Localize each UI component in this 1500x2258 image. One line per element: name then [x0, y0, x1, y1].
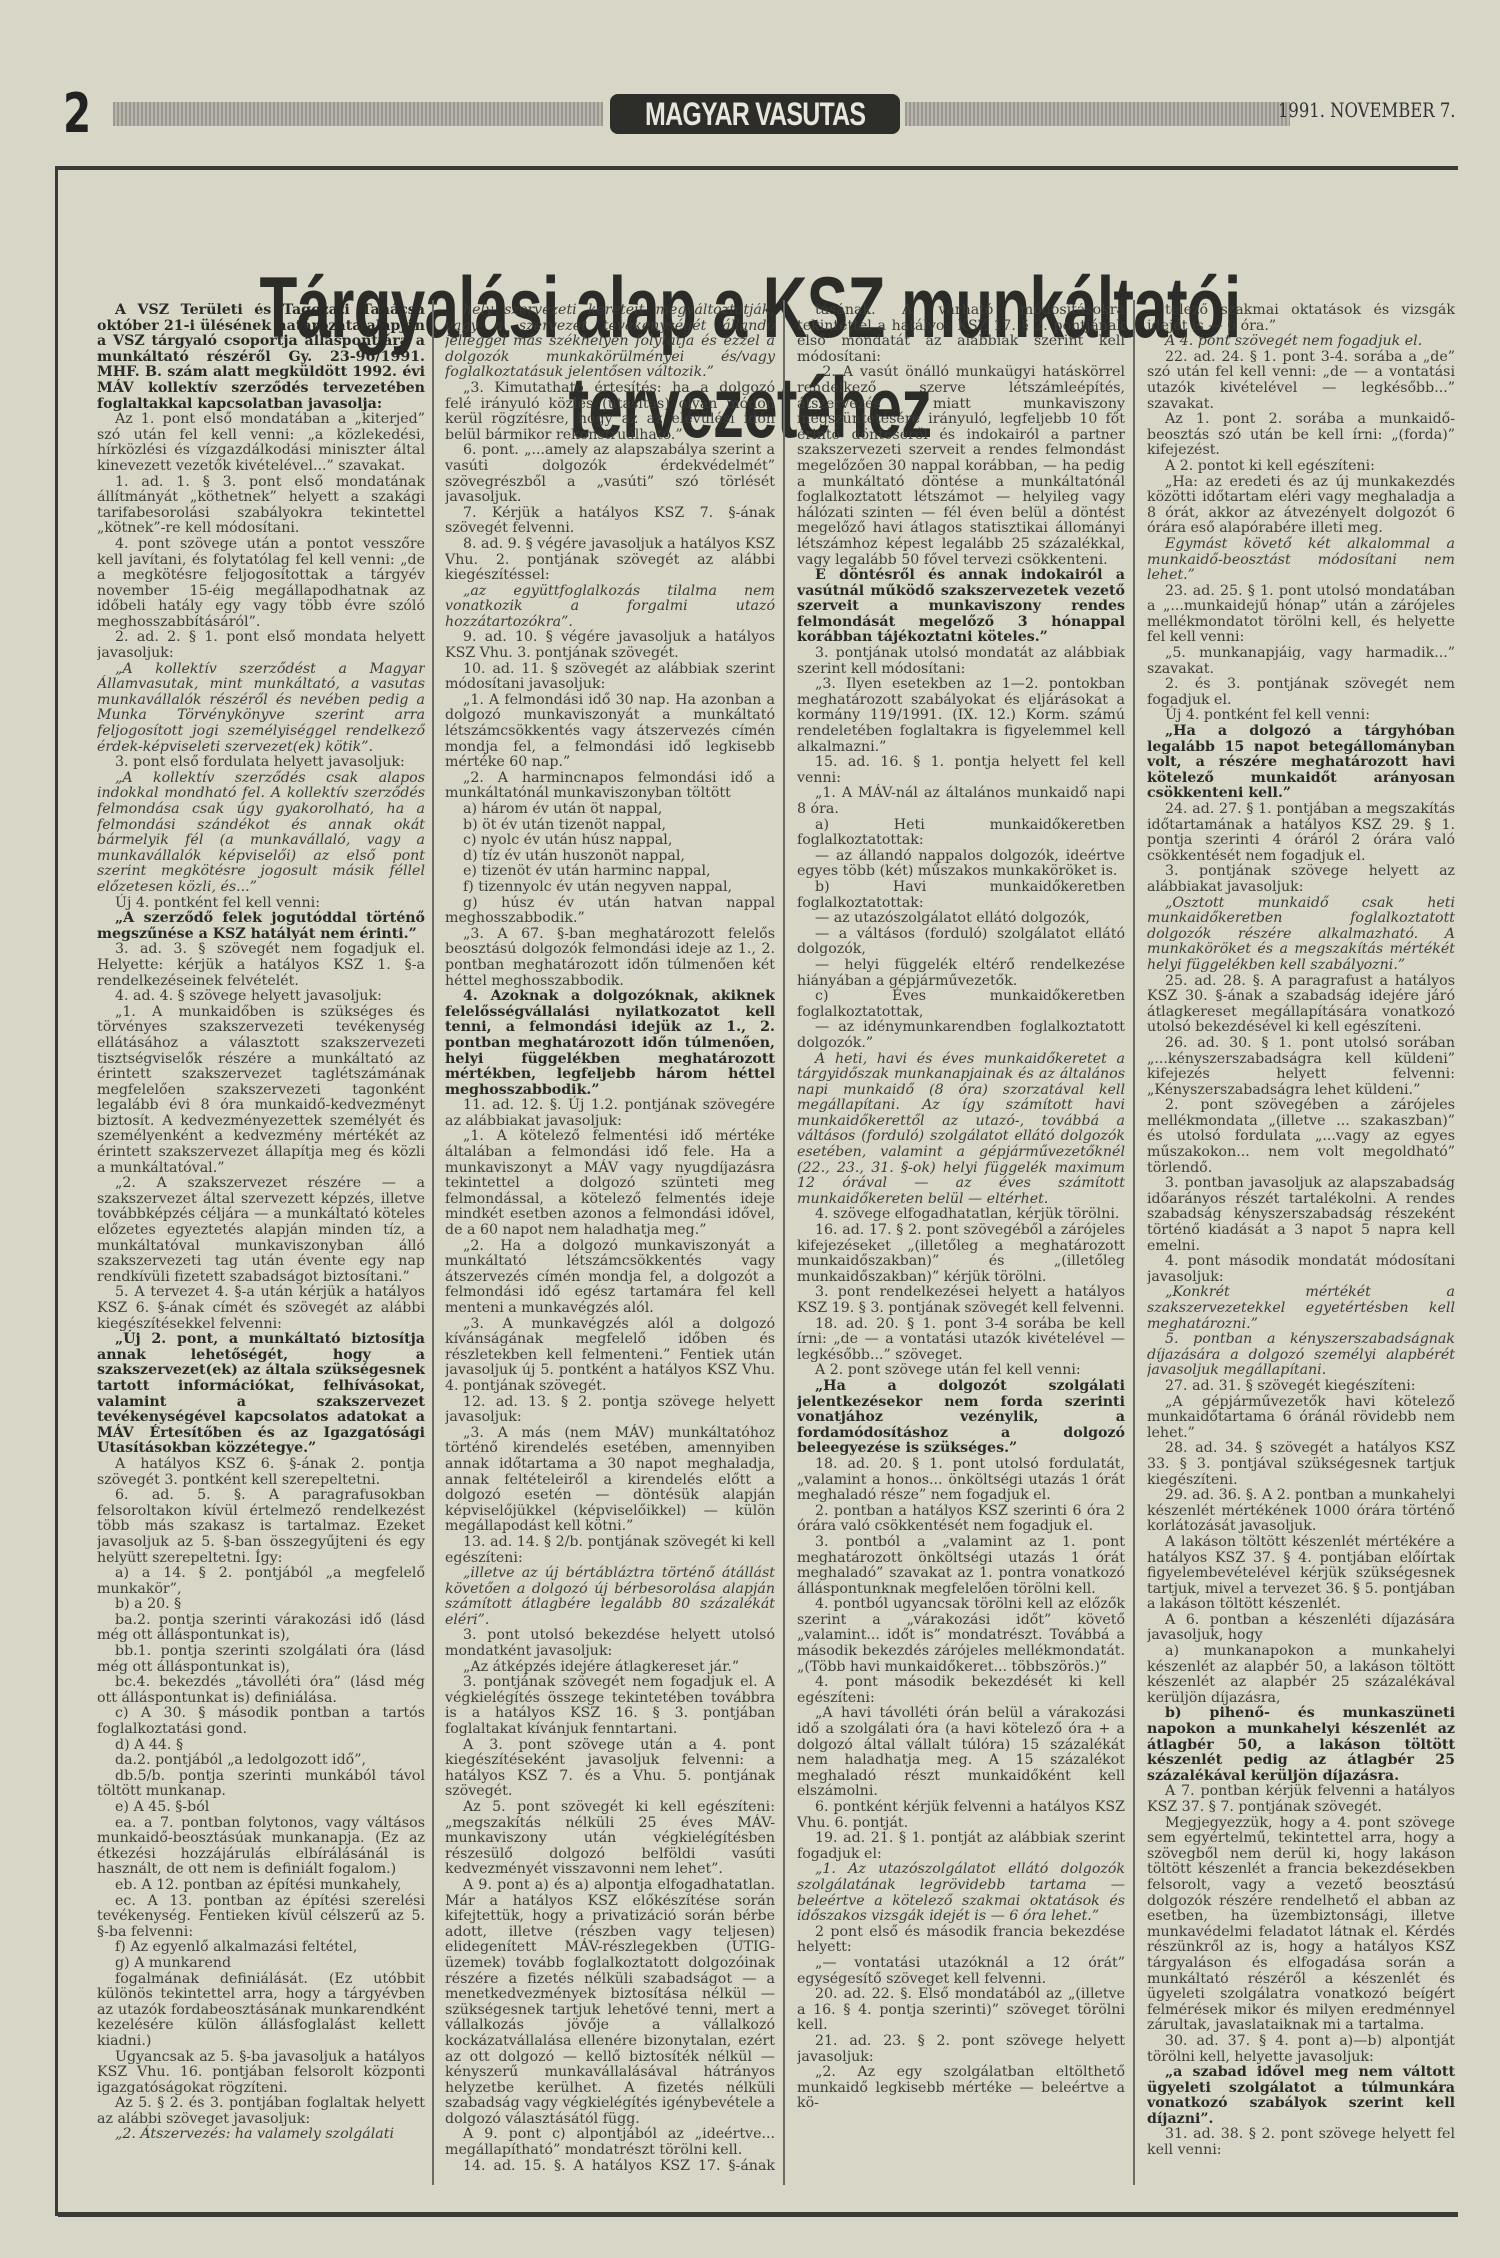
article-paragraph: 3. pontjának szövege helyett az alábbiak…: [1147, 864, 1455, 895]
article-paragraph: „1. A MÁV-nál az általános munkaidő napi…: [797, 786, 1125, 817]
article-top-rule: [58, 166, 1458, 170]
article-paragraph: „illetve az új bértábláztra történő átál…: [445, 1566, 775, 1628]
article-paragraph: telező szakmai oktatások és vizsgák idej…: [1147, 303, 1455, 334]
article-paragraph: „— vontatási utazóknál a 12 órát” egység…: [797, 1956, 1125, 1987]
article-paragraph: 31. ad. 38. § 2. pont szövege helyett fe…: [1147, 2127, 1455, 2158]
article-paragraph: d) A 44. §: [97, 1738, 425, 1754]
article-paragraph: A heti, havi és éves munkaidőkeretet a t…: [797, 1052, 1125, 1208]
article-paragraph: 3. pontban javasoljuk az alapszabadság i…: [1147, 1176, 1455, 1254]
article-paragraph: 8. ad. 9. § végére javasoljuk a hatályos…: [445, 537, 775, 584]
article-paragraph: hely szervezeti kereteit megváltoztatják…: [445, 303, 775, 381]
article-paragraph: 28. ad. 34. § szövegét a hatályos KSZ 33…: [1147, 1441, 1455, 1488]
article-paragraph: „Ha a dolgozó a tárgyhóban legalább 15 n…: [1147, 724, 1455, 802]
article-paragraph: „3. A más (nem MÁV) munkáltatóhoz történ…: [445, 1426, 775, 1535]
article-paragraph: b) Havi munkaidőkeretben foglalkoztatott…: [797, 880, 1125, 911]
article-paragraph: g) A munkarend: [97, 1956, 425, 1972]
article-paragraph: — helyi függelék eltérő rendelkezése hiá…: [797, 958, 1125, 989]
article-paragraph: „Konkrét mértékét a szakszervezetekkel e…: [1147, 1285, 1455, 1332]
article-paragraph: 30. ad. 37. § 4. pont a)—b) alpontját tö…: [1147, 2034, 1455, 2065]
article-paragraph: c) nyolc év után húsz nappal,: [445, 833, 775, 849]
article-paragraph: fogalmának definiálását. (Ez utóbbit kül…: [97, 1972, 425, 2050]
article-paragraph: 18. ad. 20. § 1. pont 3-4 sorába be kell…: [797, 1317, 1125, 1364]
article-paragraph: A lakáson töltött készenlét mértékére a …: [1147, 1535, 1455, 1613]
article-paragraph: 3. pont első fordulata helyett javasolju…: [97, 755, 425, 771]
article-paragraph: „2. Átszervezés: ha valamely szolgálati: [97, 2127, 425, 2143]
article-paragraph: „Új 2. pont, a munkáltató biztosítja ann…: [97, 1332, 425, 1457]
article-paragraph: „1. A felmondási idő 30 nap. Ha azonban …: [445, 693, 775, 771]
article-paragraph: f) tizennyolc év után negyven nappal,: [445, 880, 775, 896]
article-paragraph: 2. pont szövegében a zárójeles mellékmon…: [1147, 1098, 1455, 1176]
article-paragraph: 2. ad. 2. § 1. pont első mondata helyett…: [97, 630, 425, 661]
article-paragraph: 2 pont első és második francia bekezdése…: [797, 1925, 1125, 1956]
article-paragraph: a) a 14. § 2. pontjából „a megfelelő mun…: [97, 1566, 425, 1597]
article-paragraph: 19. ad. 21. § 1. pontját az alábbiak sze…: [797, 1831, 1125, 1862]
article-paragraph: Egymást követő két alkalommal a munkaidő…: [1147, 537, 1455, 584]
article-paragraph: 3. pontból a „valamint az 1. pont meghat…: [797, 1535, 1125, 1597]
article-left-rule: [55, 166, 58, 2216]
article-paragraph: ea. a 7. pontban folytonos, vagy váltáso…: [97, 1816, 425, 1878]
article-paragraph: „A havi távolléti órán belül a várakozás…: [797, 1706, 1125, 1800]
article-column-4: telező szakmai oktatások és vizsgák idej…: [1147, 303, 1455, 2173]
article-paragraph: „Osztott munkaidő csak heti munkaidőkere…: [1147, 896, 1455, 974]
article-paragraph: 3. pont rendelkezései helyett a hatályos…: [797, 1285, 1125, 1316]
article-paragraph: „1. Az utazószolgálatot ellátó dolgozók …: [797, 1862, 1125, 1924]
article-paragraph: da.2. pontjából „a ledolgozott idő”,: [97, 1753, 425, 1769]
article-paragraph: e) tizenöt év után harminc nappal,: [445, 864, 775, 880]
article-paragraph: A 9. pont c) alpontjából az „ideértve...…: [445, 2127, 775, 2158]
article-paragraph: „Ha: az eredeti és az új munkakezdés köz…: [1147, 475, 1455, 537]
article-paragraph: „2. A vasút önálló munkaügyi hatáskörrel…: [797, 365, 1125, 568]
article-paragraph: A 9. pont a) és a) alpontja elfogadhatat…: [445, 1878, 775, 2128]
article-paragraph: „2. Ha a dolgozó munkaviszonyát a munkál…: [445, 1239, 775, 1317]
article-paragraph: „3. Kimutatható értesítés: ha a dolgozó …: [445, 381, 775, 443]
article-paragraph: Az 1. pont első mondatában a „kiterjed” …: [97, 412, 425, 474]
article-paragraph: db.5/b. pontja szerinti munkából távol t…: [97, 1769, 425, 1800]
article-paragraph: Új 4. pontként fel kell venni:: [1147, 708, 1455, 724]
article-paragraph: Megjegyezzük, hogy a 4. pont szövege sem…: [1147, 1816, 1455, 2034]
article-paragraph: 4. Azoknak a dolgozóknak, akiknek felelő…: [445, 989, 775, 1098]
article-paragraph: A 2. pont szövege után fel kell venni:: [797, 1363, 1125, 1379]
article-paragraph: c) Éves munkaidőkeretben foglalkoztatott…: [797, 989, 1125, 1020]
article-paragraph: 2. pontban a hatályos KSZ szerinti 6 óra…: [797, 1504, 1125, 1535]
article-paragraph: „Az átképzés idejére átlagkereset jár.”: [445, 1660, 775, 1676]
page-number: 2: [63, 82, 91, 145]
article-paragraph: 4. pontból ugyancsak törölni kell az elő…: [797, 1597, 1125, 1675]
article-paragraph: eb. A 12. pontban az építési munkahely,: [97, 1878, 425, 1894]
article-paragraph: 9. ad. 10. § végére javasoljuk a hatályo…: [445, 630, 775, 661]
article-paragraph: — az utazószolgálatot ellátó dolgozók,: [797, 911, 1125, 927]
article-paragraph: A 3. pont szövege után a 4. pont kiegész…: [445, 1738, 775, 1800]
article-paragraph: 10. ad. 11. § szövegét az alábbiak szeri…: [445, 662, 775, 693]
column-divider: [432, 300, 434, 2185]
article-paragraph: Új 4. pontként fel kell venni:: [97, 896, 425, 912]
article-paragraph: 6. pontként kérjük felvenni a hatályos K…: [797, 1800, 1125, 1831]
article-column-1: A VSZ Területi és Tagozati Tanácsa októb…: [97, 303, 425, 2173]
article-paragraph: bc.4. bekezdés „távolléti óra” (lásd még…: [97, 1675, 425, 1706]
article-paragraph: 3. pontjának utolsó mondatát az alábbiak…: [797, 646, 1125, 677]
column-divider: [783, 300, 785, 2185]
article-paragraph: 4. pont második mondatát módosítani java…: [1147, 1254, 1455, 1285]
article-paragraph: Az 5. pont szövegét ki kell egészíteni: …: [445, 1800, 775, 1878]
article-paragraph: 3. ad. 3. § szövegét nem fogadjuk el. He…: [97, 942, 425, 989]
article-paragraph: „3. Ilyen esetekben az 1—2. pontokban me…: [797, 677, 1125, 755]
article-paragraph: 29. ad. 36. §. A 2. pontban a munkahelyi…: [1147, 1488, 1455, 1535]
article-paragraph: A hatályos KSZ 6. §-ának 2. pontja szöve…: [97, 1457, 425, 1488]
article-paragraph: „2. A harmincnapos felmondási idő a munk…: [445, 771, 775, 802]
article-paragraph: Az 5. § 2. és 3. pontjában foglaltak hel…: [97, 2096, 425, 2127]
article-paragraph: „A kollektív szerződést a Magyar Államva…: [97, 662, 425, 756]
article-paragraph: A 2. pontot ki kell egészíteni:: [1147, 459, 1455, 475]
article-paragraph: 24. ad. 27. § 1. pontjában a megszakítás…: [1147, 802, 1455, 864]
article-paragraph: „Ha a dolgozót szolgálati jelentkezéseko…: [797, 1379, 1125, 1457]
article-paragraph: 6. pont. „...amely az alapszabálya szeri…: [445, 443, 775, 505]
article-paragraph: A 6. pontban a készenléti díjazására jav…: [1147, 1613, 1455, 1644]
article-paragraph: 4. szövege elfogadhatatlan, kérjük töröl…: [797, 1207, 1125, 1223]
article-paragraph: 12. ad. 13. § 2. pontja szövege helyett …: [445, 1395, 775, 1426]
article-paragraph: 16. ad. 17. § 2. pont szövegéből a zárój…: [797, 1223, 1125, 1285]
article-paragraph: — az állandó nappalos dolgozók, ideértve…: [797, 849, 1125, 880]
column-divider: [1133, 300, 1135, 2185]
article-paragraph: 2. és 3. pontjának szövegét nem fogadjuk…: [1147, 677, 1455, 708]
article-paragraph: E döntésről és annak indokairól a vasútn…: [797, 568, 1125, 646]
article-paragraph: „3. A 67. §-ban meghatározott felelős be…: [445, 927, 775, 989]
article-paragraph: „a szabad idővel meg nem váltott ügyelet…: [1147, 2065, 1455, 2127]
article-paragraph: „2. A szakszervezet részére — a szakszer…: [97, 1176, 425, 1285]
article-paragraph: 1. ad. 1. § 3. pont első mondatának állí…: [97, 475, 425, 537]
article-paragraph: g) húsz év után hatvan nappal meghosszab…: [445, 896, 775, 927]
article-paragraph: 4. pont szövege után a pontot vesszőre k…: [97, 537, 425, 631]
article-paragraph: „az együttfoglalkozás tilalma nem vonatk…: [445, 584, 775, 631]
article-paragraph: 4. pont második bekezdését ki kell egész…: [797, 1675, 1125, 1706]
article-paragraph: 27. ad. 31. § szövegét kiegészíteni:: [1147, 1379, 1455, 1395]
article-paragraph: 3. pont utolsó bekezdése helyett utolsó …: [445, 1628, 775, 1659]
article-paragraph: 20. ad. 22. §. Első mondatából az „(ille…: [797, 1987, 1125, 2034]
article-paragraph: ec. A 13. pontban az építési szerelési t…: [97, 1894, 425, 1941]
article-paragraph: a) Heti munkaidőkeretben foglalkoztatott…: [797, 818, 1125, 849]
article-paragraph: 5. pontban a kényszerszabadságnak díjazá…: [1147, 1332, 1455, 1379]
article-paragraph: „5. munkanapjáig, vagy harmadik...” szav…: [1147, 646, 1455, 677]
article-paragraph: Ugyancsak az 5. §-ba javasoljuk a hatály…: [97, 2050, 425, 2097]
article-paragraph: 6. ad. 5. §. A paragrafusokban felsorolt…: [97, 1488, 425, 1566]
article-paragraph: 26. ad. 30. § 1. pont utolsó sorában „..…: [1147, 1036, 1455, 1098]
article-paragraph: 25. ad. 28. §. A paragrafust a hatályos …: [1147, 974, 1455, 1036]
article-paragraph: c) A 30. § második pontban a tartós fogl…: [97, 1706, 425, 1737]
article-paragraph: A 7. pontban kérjük felvenni a hatályos …: [1147, 1784, 1455, 1815]
article-column-3: tásának. A várható módosításokra tekinte…: [797, 303, 1125, 2173]
masthead-rule-right: [905, 102, 1290, 126]
article-paragraph: „1. A munkaidőben is szükséges és törvén…: [97, 1005, 425, 1177]
article-paragraph: „A szerződő felek jogutóddal történő meg…: [97, 911, 425, 942]
article-paragraph: 5. A tervezet 4. §-a után kérjük a hatál…: [97, 1285, 425, 1332]
article-paragraph: 13. ad. 14. § 2/b. pontjának szövegét ki…: [445, 1535, 775, 1566]
article-paragraph: 11. ad. 12. §. Új 1.2. pontjának szövegé…: [445, 1098, 775, 1129]
article-paragraph: A VSZ Területi és Tagozati Tanácsa októb…: [97, 303, 425, 412]
article-paragraph: d) tíz év után huszonöt nappal,: [445, 849, 775, 865]
article-paragraph: — a váltásos (forduló) szolgálatot ellát…: [797, 927, 1125, 958]
article-paragraph: e) A 45. §-ból: [97, 1800, 425, 1816]
article-paragraph: — az idénymunkarendben foglalkoztatott d…: [797, 1020, 1125, 1051]
article-paragraph: 7. Kérjük a hatályos KSZ 7. §-ának szöve…: [445, 506, 775, 537]
article-paragraph: ba.2. pontja szerinti várakozási idő (lá…: [97, 1613, 425, 1644]
article-paragraph: 15. ad. 16. § 1. pontja helyett fel kell…: [797, 755, 1125, 786]
article-paragraph: 23. ad. 25. § 1. pont utolsó mondatában …: [1147, 584, 1455, 646]
article-paragraph: „2. Az egy szolgálatban eltölthető munka…: [797, 2065, 1125, 2112]
masthead-rule-left: [113, 102, 603, 126]
article-paragraph: a) három év után öt nappal,: [445, 802, 775, 818]
article-paragraph: b) a 20. §: [97, 1597, 425, 1613]
article-paragraph: 14. ad. 15. §. A hatályos KSZ 17. §-ának…: [445, 2159, 775, 2173]
article-paragraph: 4. ad. 4. § szövege helyett javasoljuk:: [97, 989, 425, 1005]
article-paragraph: 18. ad. 20. § 1. pont utolsó fordulatát,…: [797, 1457, 1125, 1504]
article-paragraph: a) munkanapokon a munkahelyi készenlét a…: [1147, 1644, 1455, 1706]
article-paragraph: b) öt év után tizenöt nappal,: [445, 818, 775, 834]
article-paragraph: 21. ad. 23. § 2. pont szövege helyett ja…: [797, 2034, 1125, 2065]
article-paragraph: Az 1. pont 2. sorába a munkaidő-beosztás…: [1147, 412, 1455, 459]
article-paragraph: A 4. pont szövegét nem fogadjuk el.: [1147, 334, 1455, 350]
article-paragraph: 22. ad. 24. § 1. pont 3-4. sorába a „de”…: [1147, 350, 1455, 412]
article-paragraph: f) Az egyenlő alkalmazási feltétel,: [97, 1940, 425, 1956]
issue-date: 1991. NOVEMBER 7.: [1277, 98, 1455, 122]
article-paragraph: „1. A kötelező felmentési idő mértéke ál…: [445, 1129, 775, 1238]
article-paragraph: „A gépjárművezetők havi kötelező munkaid…: [1147, 1395, 1455, 1442]
article-column-2: hely szervezeti kereteit megváltoztatják…: [445, 303, 775, 2173]
article-paragraph: tásának. A várható módosításokra tekinte…: [797, 303, 1125, 365]
newspaper-logo: MAGYAR VASUTAS: [610, 94, 900, 134]
article-paragraph: „3. A munkavégzés alól a dolgozó kívánsá…: [445, 1317, 775, 1395]
article-paragraph: 3. pontjának szövegét nem fogadjuk el. A…: [445, 1675, 775, 1737]
article-paragraph: b) pihenő- és munkaszüneti napokon a mun…: [1147, 1706, 1455, 1784]
article-bottom-rule: [58, 2212, 1458, 2217]
article-paragraph: „A kollektív szerződés csak alapos indok…: [97, 771, 425, 896]
article-paragraph: bb.1. pontja szerinti szolgálati óra (lá…: [97, 1644, 425, 1675]
